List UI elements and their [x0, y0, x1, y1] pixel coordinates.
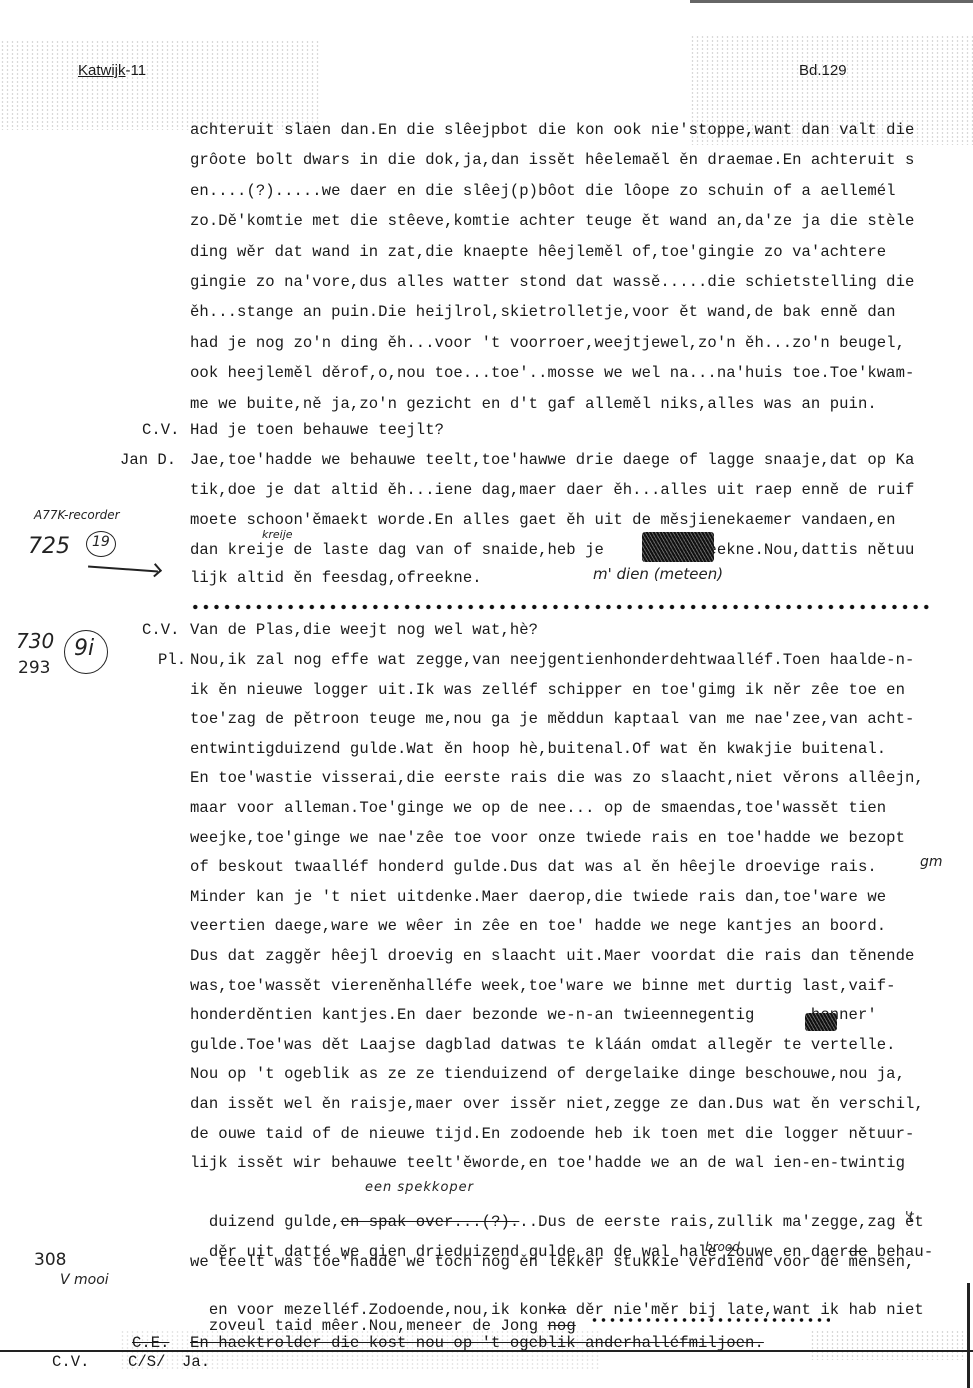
transcript-line: veertien daege,ware we wêer in zêe en to… — [190, 916, 886, 936]
handwritten-correction: gm — [920, 854, 943, 870]
ellipsis-dots — [590, 1317, 830, 1323]
margin-note: A77K-recorder — [34, 508, 120, 522]
margin-note: 730 — [16, 629, 54, 653]
transcript-line: ik ěn nieuwe logger uit.Ik was zelléf sc… — [190, 680, 905, 700]
transcript-line: moete schoon'ěmaekt worde.En alles gaet … — [190, 510, 896, 530]
margin-note: 9i — [74, 636, 94, 661]
transcript-line: ěh...stange an puin.Die heijlrol,skietro… — [190, 302, 896, 322]
transcript-line: en....(?).....we daer en die slêej(p)bôo… — [190, 181, 896, 201]
transcript-line: Minder kan je 't niet uitdenke.Maer daer… — [190, 887, 886, 907]
margin-note: 725 — [28, 534, 70, 559]
speaker-label: Jan D. — [120, 450, 176, 470]
document-id-number: -11 — [126, 62, 147, 79]
handwritten-correction: m' dien (meteen) — [593, 565, 723, 583]
transcript-line: zoveul taid mêer.Nou,meneer de Jong nog — [190, 1296, 576, 1336]
transcript-line: maar voor alleman.Toe'ginge we op de nee… — [190, 798, 886, 818]
scribbled-out-word — [642, 532, 714, 562]
transcript-line: had je nog zo'n ding ěh...voor 't voorro… — [190, 333, 905, 353]
margin-rule — [967, 1283, 970, 1388]
transcript-line: lijk altid ěn feesdag,ofreekne. — [190, 568, 482, 588]
scan-noise — [0, 40, 320, 130]
struck-text: C/S/ — [128, 1352, 165, 1372]
scan-edge — [690, 0, 973, 3]
arrow-icon — [88, 566, 158, 573]
transcript-line: Nou op 't ogeblik as ze ze tienduizend o… — [190, 1064, 905, 1084]
transcript-line: weejke,toe'ginge we nae'zêe toe voor onz… — [190, 828, 905, 848]
scribbled-out-word — [805, 1013, 837, 1031]
speaker-label: C.V. — [52, 1352, 89, 1372]
margin-note: 293 — [18, 658, 50, 678]
page-number: Bd.129 — [799, 62, 847, 79]
transcript-line: Had je toen behauwe teejlt? — [190, 420, 444, 440]
transcript-line: Nou,ik zal nog effe wat zegge,van neejge… — [190, 650, 914, 670]
transcript-line: gulde.Toe'was dět Laajse dagblad datwas … — [190, 1035, 896, 1055]
transcript-line: Ja. — [182, 1352, 210, 1372]
transcript-line: achteruit slaen dan.En die slêejpbot die… — [190, 120, 914, 140]
transcript-line: gingie zo na'vore,dus alles watter stond… — [190, 272, 914, 292]
transcript-line: zo.Dě'komtie met die stêeve,komtie achte… — [190, 211, 914, 231]
transcript-line: Dus dat zaggěr hêejl droevig en slaacht … — [190, 946, 914, 966]
transcript-line: was,toe'wassět viereněnhalléfe week,toe'… — [190, 976, 896, 996]
transcript-line: En haektrolder die kost nou op 't ogebli… — [190, 1333, 764, 1353]
handwritten-correction: kreije — [262, 528, 293, 541]
transcript-line: toe'zag de pětroon teuge me,nou ga je mě… — [190, 709, 914, 729]
scan-noise — [810, 1330, 970, 1360]
speaker-label: C.V. — [142, 420, 179, 440]
transcript-line: tik,doe je dat altid ěh...iene dag,maer … — [190, 480, 914, 500]
document-id: Katwijk-11 — [78, 62, 146, 79]
margin-note: 19 — [92, 534, 110, 550]
transcript-line: of beskout twaalléf honderd gulde.Dus da… — [190, 857, 877, 877]
handwritten-correction: een spekkoper — [365, 1180, 474, 1195]
transcript-line: En toe'wastie visserai,die eerste rais d… — [190, 768, 924, 788]
transcript-line: lijk issět wir behauwe teelt'ěworde,en t… — [190, 1153, 905, 1173]
transcript-line: dan issět wel ěn raisje,maer over issěr … — [190, 1094, 924, 1114]
transcript-line: me we buite,ně ja,zo'n gezicht en d't ga… — [190, 394, 877, 414]
transcript-line: dan kreije de laste dag van of snaide,he… — [190, 540, 914, 560]
speaker-label: Pl. — [158, 650, 186, 670]
margin-note: 308 — [34, 1250, 66, 1270]
handwritten-correction: brood — [705, 1240, 740, 1254]
transcript-line: we teelt was toe'hadde we toch nog ěn le… — [190, 1252, 914, 1272]
transcript-line: grôote bolt dwars in die dok,ja,dan issě… — [190, 150, 914, 170]
transcript-line: de ouwe taid of de nieuwe tijd.En zodoen… — [190, 1124, 914, 1144]
document-id-place: Katwijk — [78, 62, 126, 79]
transcript-line: Van de Plas,die weejt nog wel wat,hè? — [190, 620, 538, 640]
speaker-label: C.E. — [132, 1333, 169, 1353]
section-separator — [190, 603, 932, 611]
transcript-line: ding wěr dat wand in zat,die knaepte hêe… — [190, 242, 886, 262]
transcript-line: entwintigduizend gulde.Wat ěn hoop hè,bu… — [190, 739, 886, 759]
transcript-line: ook heejleměl děrof,o,nou toe...toe'..mo… — [190, 363, 914, 383]
speaker-label: C.V. — [142, 620, 179, 640]
handwritten-correction: 't — [905, 1210, 914, 1225]
transcript-line: Jae,toe'hadde we behauwe teelt,toe'hawwe… — [190, 450, 914, 470]
margin-note: V mooi — [60, 1272, 109, 1288]
transcript-line: honderděntien kantjes.En daer bezonde we… — [190, 1005, 877, 1025]
